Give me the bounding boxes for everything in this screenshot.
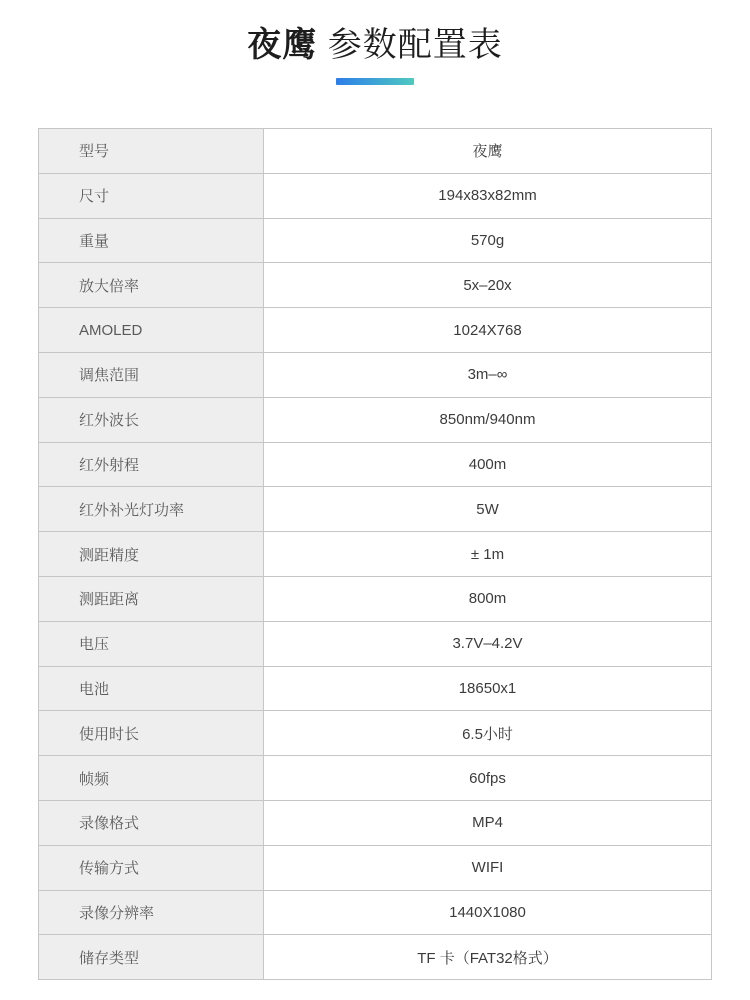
table-row: 帧频 60fps (39, 755, 711, 800)
spec-label: 使用时长 (39, 711, 264, 755)
spec-value: 3m–∞ (264, 353, 711, 397)
spec-value: 1024X768 (264, 308, 711, 352)
spec-label: 传输方式 (39, 846, 264, 890)
table-row: 红外波长 850nm/940nm (39, 397, 711, 442)
table-row: 测距距离 800m (39, 576, 711, 621)
spec-label: 帧频 (39, 756, 264, 800)
spec-label: 测距距离 (39, 577, 264, 621)
spec-label: 型号 (39, 129, 264, 173)
spec-value: 800m (264, 577, 711, 621)
title-accent-underline (336, 78, 414, 85)
spec-value: 5x–20x (264, 263, 711, 307)
spec-label: 储存类型 (39, 935, 264, 979)
table-row: 放大倍率 5x–20x (39, 262, 711, 307)
table-row: 调焦范围 3m–∞ (39, 352, 711, 397)
spec-label: 电压 (39, 622, 264, 666)
table-row: 型号 夜鹰 (39, 129, 711, 173)
spec-label: 重量 (39, 219, 264, 263)
spec-sheet-page: 夜鹰 参数配置表 型号 夜鹰 尺寸 194x83x82mm 重量 570g 放大… (0, 0, 750, 1000)
spec-value: MP4 (264, 801, 711, 845)
table-row: 储存类型 TF 卡（FAT32格式） (39, 934, 711, 979)
spec-label: 红外补光灯功率 (39, 487, 264, 531)
title-section: 夜鹰 参数配置表 (0, 0, 750, 85)
table-row: 录像分辨率 1440X1080 (39, 890, 711, 935)
table-row: 重量 570g (39, 218, 711, 263)
spec-label: 测距精度 (39, 532, 264, 576)
spec-value: 18650x1 (264, 667, 711, 711)
table-row: 传输方式 WIFI (39, 845, 711, 890)
page-title: 夜鹰 参数配置表 (0, 24, 750, 66)
table-row: 录像格式 MP4 (39, 800, 711, 845)
table-row: 尺寸 194x83x82mm (39, 173, 711, 218)
spec-label: 电池 (39, 667, 264, 711)
spec-value: ± 1m (264, 532, 711, 576)
spec-label: 录像格式 (39, 801, 264, 845)
spec-value: 850nm/940nm (264, 398, 711, 442)
spec-table: 型号 夜鹰 尺寸 194x83x82mm 重量 570g 放大倍率 5x–20x… (38, 128, 712, 980)
spec-value: 194x83x82mm (264, 174, 711, 218)
table-row: 红外射程 400m (39, 442, 711, 487)
spec-label: 调焦范围 (39, 353, 264, 397)
spec-label: 尺寸 (39, 174, 264, 218)
spec-label: 放大倍率 (39, 263, 264, 307)
spec-label: 红外波长 (39, 398, 264, 442)
table-row: AMOLED 1024X768 (39, 307, 711, 352)
spec-value: 3.7V–4.2V (264, 622, 711, 666)
table-row: 电压 3.7V–4.2V (39, 621, 711, 666)
spec-value: 夜鹰 (264, 129, 711, 173)
spec-label: 红外射程 (39, 443, 264, 487)
spec-label: 录像分辨率 (39, 891, 264, 935)
spec-value: 6.5小时 (264, 711, 711, 755)
spec-label: AMOLED (39, 308, 264, 352)
spec-value: 570g (264, 219, 711, 263)
spec-value: 400m (264, 443, 711, 487)
spec-value: TF 卡（FAT32格式） (264, 935, 711, 979)
page-title-suffix: 参数配置表 (317, 26, 502, 64)
table-row: 测距精度 ± 1m (39, 531, 711, 576)
spec-value: 1440X1080 (264, 891, 711, 935)
product-name: 夜鹰 (247, 26, 317, 64)
table-row: 红外补光灯功率 5W (39, 486, 711, 531)
table-row: 使用时长 6.5小时 (39, 710, 711, 755)
spec-value: 60fps (264, 756, 711, 800)
spec-value: WIFI (264, 846, 711, 890)
spec-value: 5W (264, 487, 711, 531)
table-row: 电池 18650x1 (39, 666, 711, 711)
